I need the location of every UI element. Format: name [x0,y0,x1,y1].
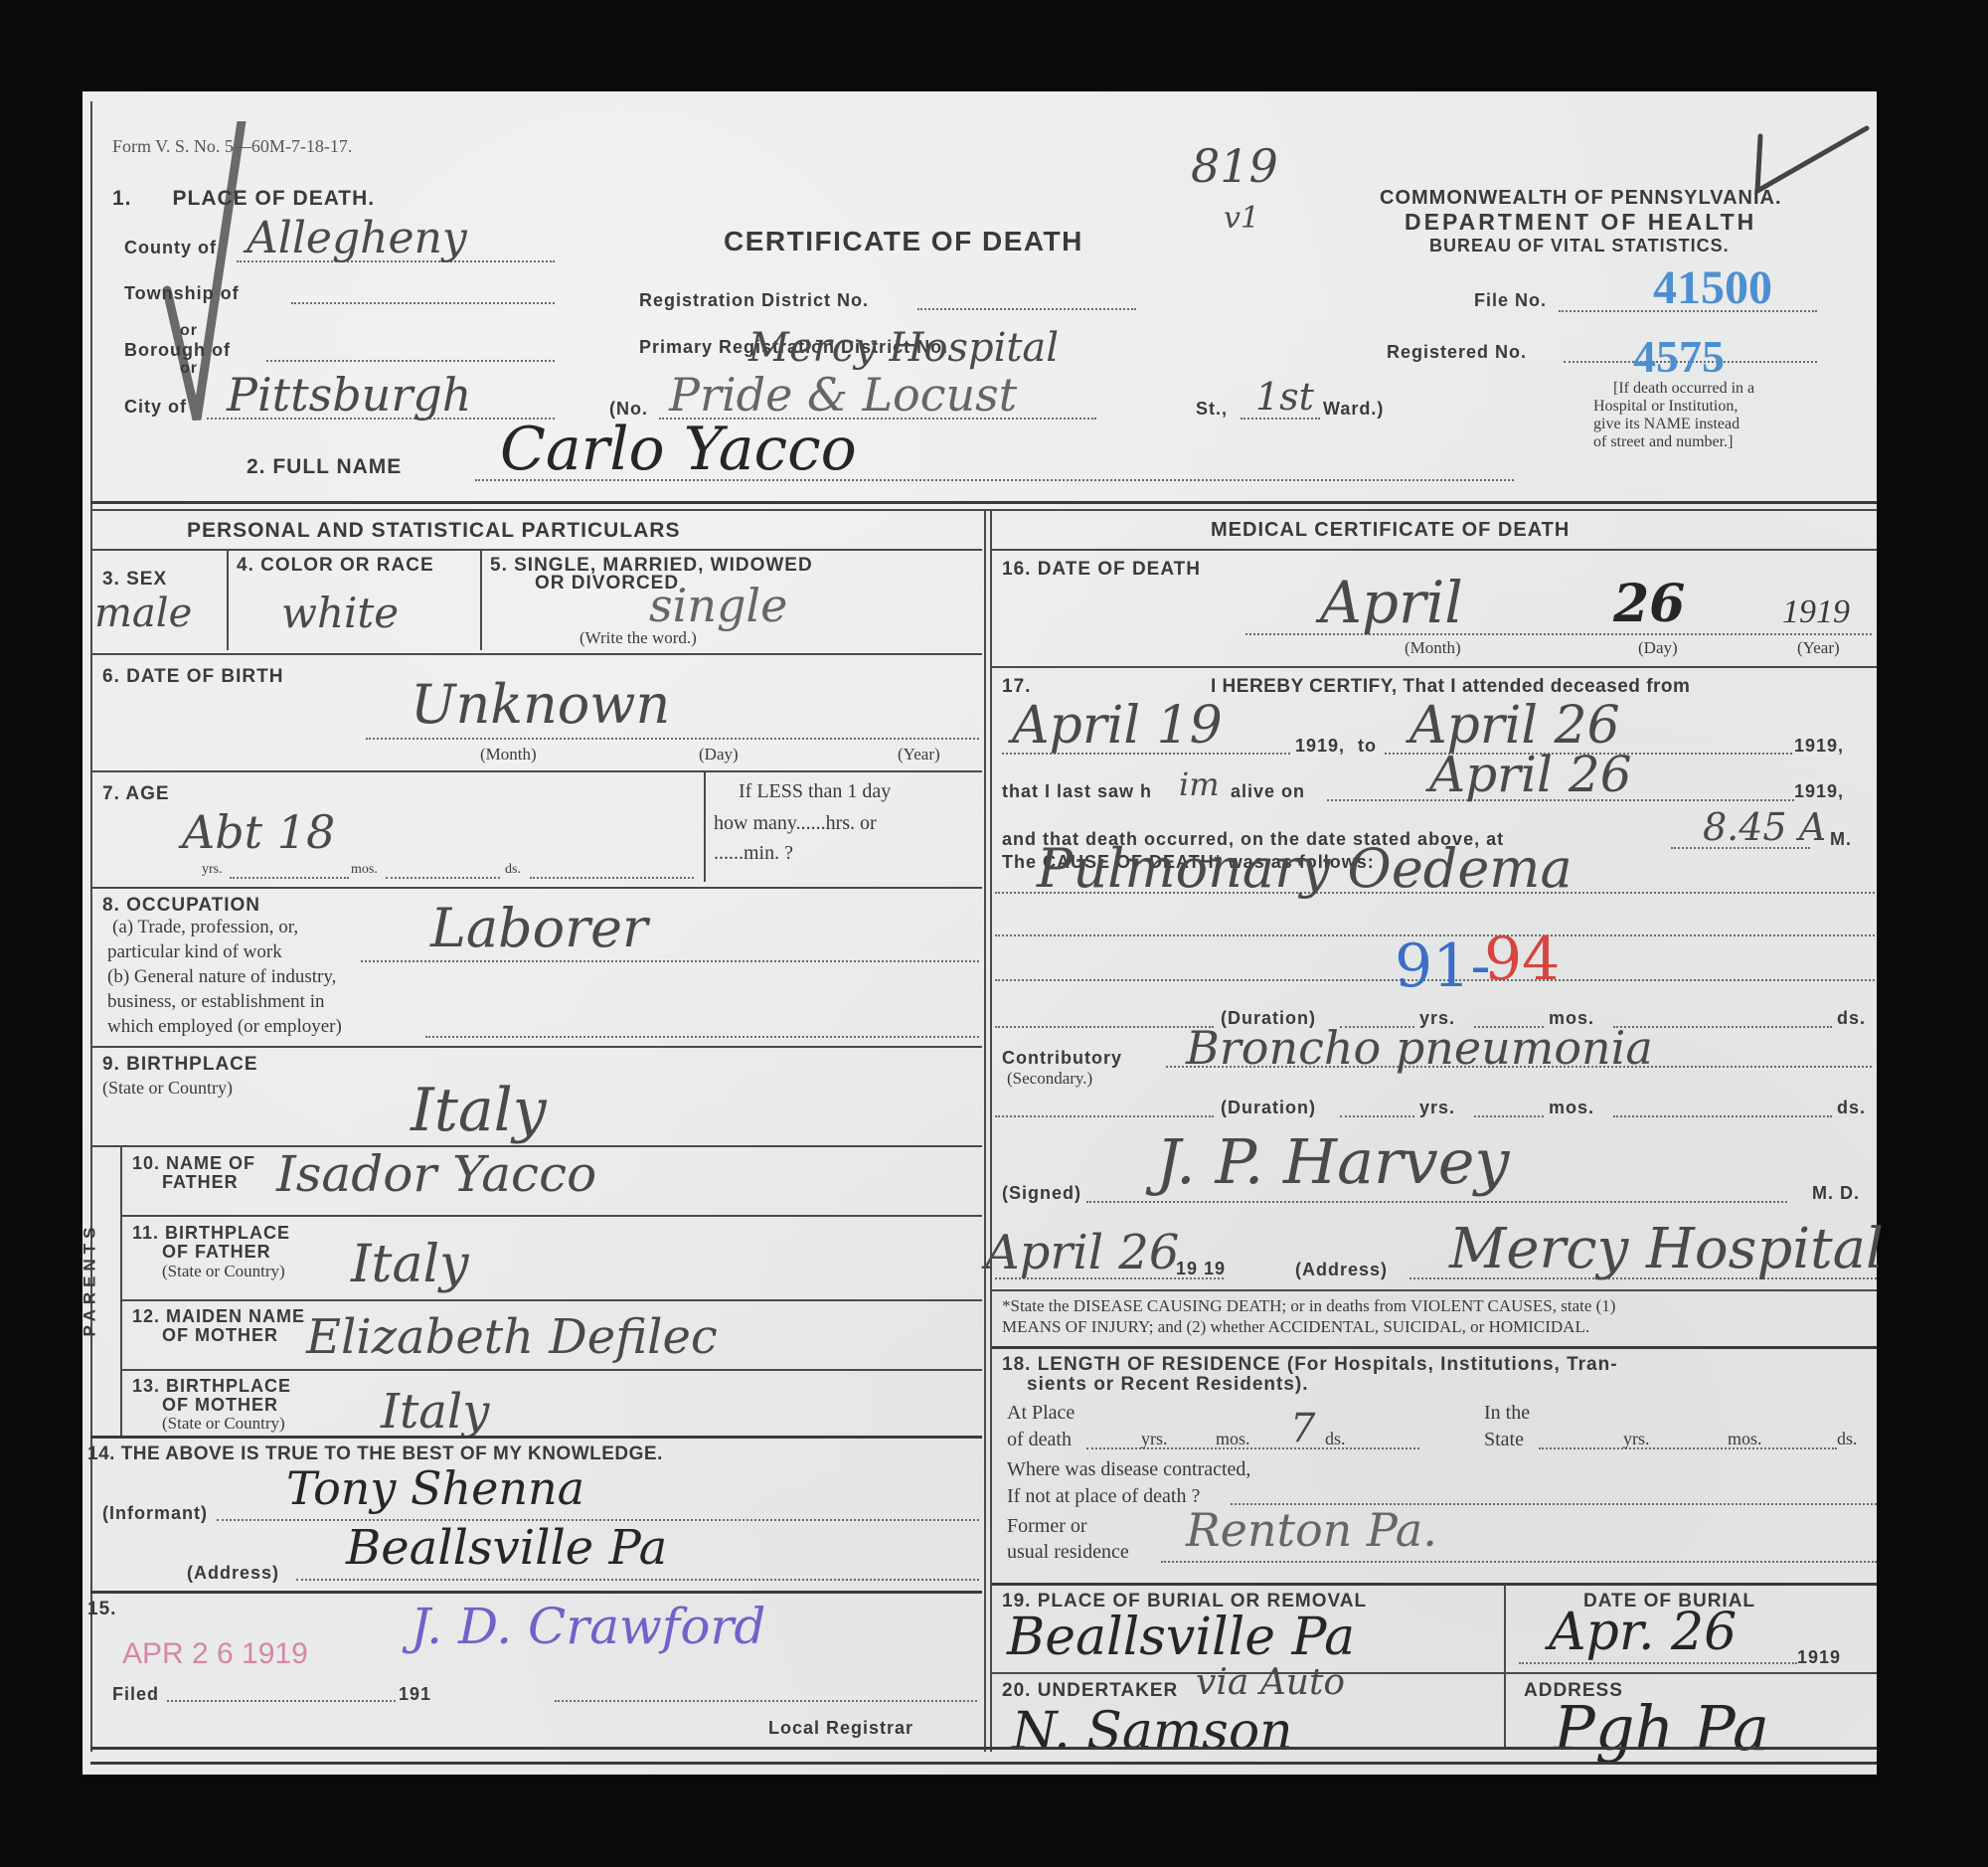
divider [227,551,229,650]
borough-line [266,360,555,362]
cause-code-blue: 91- [1395,932,1491,1001]
institution-value[interactable]: Mercy Hospital [748,325,1059,371]
birthplace-hint: (State or Country) [102,1078,233,1099]
registrar-signature: J. D. Crawford [411,1598,765,1655]
duration-ds: ds. [1837,1008,1866,1029]
duration2-yrs-line [1340,1115,1414,1117]
undertaker-label: 20. UNDERTAKER [1002,1680,1178,1702]
mother-label-2: OF MOTHER [162,1325,278,1346]
race-label: 4. COLOR OR RACE [237,555,434,577]
divider [90,770,982,772]
divider [90,549,982,551]
informant-label: (Informant) [102,1503,208,1524]
at-place-ds: ds. [1325,1429,1346,1449]
certify-text: I HEREBY CERTIFY, That I attended deceas… [1211,676,1690,698]
dod-day[interactable]: 26 [1613,574,1685,634]
informant-address-label: (Address) [187,1563,279,1584]
divider [992,1289,1877,1291]
or-1: or [180,322,198,340]
dob-label: 6. DATE OF BIRTH [102,666,283,688]
less-than-day-2: how many......hrs. or [714,812,877,835]
contracted-label-2: If not at place of death ? [1007,1485,1200,1508]
filed-line [167,1700,396,1702]
duration2-ds-line [1613,1115,1832,1117]
less-than-day-1: If LESS than 1 day [739,780,891,803]
father-label-1: 10. NAME OF [132,1153,255,1174]
residence-label-2: sients or Recent Residents). [1027,1374,1309,1396]
occupation-a-line [361,960,979,962]
at-place-label-1: At Place [1007,1402,1075,1425]
last-saw-year: 1919, [1794,781,1844,802]
hospital-note-1: [If death occurred in a [1613,380,1754,398]
burial-place-value[interactable]: Beallsville Pa [1007,1608,1355,1667]
occupation-a-1: (a) Trade, profession, or, [112,917,298,938]
mother-label-1: 12. MAIDEN NAME [132,1306,305,1327]
occupation-b-2: business, or establishment in [107,991,324,1013]
divider [90,887,982,889]
contributory-label: Contributory [1002,1048,1122,1069]
dod-month-hint: (Month) [1405,638,1461,658]
borough-label: Borough of [124,340,231,361]
issuer-bureau: BUREAU OF VITAL STATISTICS. [1429,236,1730,256]
in-state-yrs: yrs. [1623,1429,1650,1449]
sex-value[interactable]: male [94,591,192,636]
occupation-a-2: particular kind of work [107,941,282,963]
age-mos-label: mos. [351,862,378,878]
last-saw-date[interactable]: April 26 [1429,746,1632,803]
full-name-label: 2. FULL NAME [247,455,402,479]
divider [992,1346,1877,1349]
divider [992,1672,1877,1674]
sex-label: 3. SEX [102,569,167,591]
age-yrs-line [230,877,349,879]
age-mos-line [386,877,500,879]
form-number: Form V. S. No. 5—60M-7-18-17. [112,136,352,157]
at-place-mos: mos. [1216,1429,1250,1449]
signed-value[interactable]: J. P. Harvey [1156,1125,1509,1198]
dod-year-hint: (Year) [1797,638,1840,658]
county-label: County of [124,238,217,258]
father-birthplace-label-2: OF FATHER [162,1242,271,1263]
registered-no-value: 4575 [1633,330,1725,383]
registrar-label: Local Registrar [768,1718,913,1739]
age-yrs-label: yrs. [202,862,223,878]
duration2-mos: mos. [1549,1098,1594,1118]
city-value[interactable]: Pittsburgh [227,368,471,422]
mother-birthplace-label-2: OF MOTHER [162,1395,278,1416]
dob-year-hint: (Year) [898,745,940,764]
full-name-value[interactable]: Carlo Yacco [500,415,857,484]
divider [122,1369,982,1371]
death-time-suffix: M. [1830,829,1852,850]
divider [122,1299,982,1301]
father-label-2: FATHER [162,1172,239,1193]
secondary-label: (Secondary.) [1007,1069,1092,1089]
duration2-yrs: yrs. [1419,1098,1455,1118]
signed-date[interactable]: April 26 [985,1225,1179,1280]
signed-line [1086,1201,1787,1203]
cause-value[interactable]: Pulmonary Oedema [1037,837,1573,900]
md-label: M. D. [1812,1183,1860,1204]
age-label: 7. AGE [102,783,170,805]
less-than-day-3: ......min. ? [714,842,793,865]
occupation-label: 8. OCCUPATION [102,895,260,917]
hospital-note-4: of street and number.] [1593,433,1733,451]
registrar-line [555,1700,977,1702]
duration-line [995,1026,1214,1028]
divider [90,1762,1877,1765]
to-label: to [1358,736,1377,757]
father-birthplace-label-3: (State or Country) [162,1262,285,1281]
annotation-v1: v1 [1224,201,1259,236]
residence-label: 18. LENGTH OF RESIDENCE (For Hospitals, … [1002,1354,1618,1376]
in-state-label-1: In the [1484,1402,1530,1425]
age-ds-line [530,877,694,879]
township-line [291,302,555,304]
divider [992,666,1877,668]
column-divider [984,509,986,1752]
dod-label: 16. DATE OF DEATH [1002,559,1201,581]
hospital-note-2: Hospital or Institution, [1593,398,1738,416]
race-value[interactable]: white [281,589,399,637]
cause-code-red: 94 [1484,925,1560,994]
attended-from[interactable]: April 19 [1012,696,1223,756]
divider [1504,1585,1506,1749]
divider [90,1591,982,1594]
filed-year-prefix: 191 [399,1684,431,1705]
occupation-b-1: (b) General nature of industry, [107,966,336,988]
age-ds-label: ds. [505,862,521,878]
in-state-label-2: State [1484,1429,1524,1451]
alive-on-label: alive on [1231,781,1305,802]
occupation-value[interactable]: Laborer [430,897,648,959]
former-label-2: usual residence [1007,1541,1129,1564]
duration2-line [995,1115,1214,1117]
county-value[interactable]: Allegheny [247,213,467,263]
file-no-label: File No. [1474,290,1547,311]
former-residence-value[interactable]: Renton Pa. [1186,1503,1437,1557]
personal-section-title: PERSONAL AND STATISTICAL PARTICULARS [187,519,680,543]
duration2-mos-line [1474,1115,1544,1117]
in-state-line [1539,1447,1837,1449]
contributory-value[interactable]: Broncho pneumonia [1186,1021,1653,1075]
occupation-b-3: which employed (or employer) [107,1016,342,1038]
column-divider [990,509,992,1752]
address-value[interactable]: Mercy Hospital [1449,1217,1884,1281]
divider [90,1046,982,1048]
father-value[interactable]: Isador Yacco [276,1145,596,1203]
registration-district-line [917,308,1136,310]
dob-day-hint: (Day) [699,745,739,764]
ward-label: Ward.) [1323,399,1384,420]
issuer-commonwealth: COMMONWEALTH OF PENNSYLVANIA. [1380,187,1782,210]
at-place-label-2: of death [1007,1429,1072,1451]
occupation-b-line [425,1036,979,1038]
former-label-1: Former or [1007,1515,1087,1538]
former-line [1161,1561,1877,1563]
dob-line [366,738,979,740]
mother-birthplace-label-1: 13. BIRTHPLACE [132,1376,291,1397]
informant-address-value[interactable]: Beallsville Pa [346,1520,667,1576]
marital-hint: (Write the word.) [580,628,697,648]
undertaker-note: via Auto [1196,1662,1345,1703]
divider [992,1583,1877,1586]
marital-value[interactable]: single [649,579,787,632]
burial-date-line [1519,1662,1797,1664]
filed-label: Filed [112,1684,159,1705]
city-label: City of [124,397,187,418]
undertaker-address-value[interactable]: Pgh Pa [1554,1692,1769,1765]
dob-value[interactable]: Unknown [411,673,670,736]
registered-no-label: Registered No. [1387,342,1527,363]
divider [90,653,982,655]
death-time[interactable]: 8.45 A [1703,805,1826,849]
at-place-line [1086,1447,1419,1449]
st-label: St., [1196,399,1228,420]
informant-address-line [296,1579,979,1581]
birthplace-label: 9. BIRTHPLACE [102,1054,258,1076]
dod-year[interactable]: 1919 [1782,594,1850,631]
in-state-ds: ds. [1837,1429,1858,1449]
birthplace-value[interactable]: Italy [411,1076,547,1145]
father-birthplace-value[interactable]: Italy [351,1235,468,1294]
issuer-department: DEPARTMENT OF HEALTH [1405,209,1756,236]
divider [992,549,1877,551]
in-state-mos: mos. [1728,1429,1762,1449]
attended-from-year: 1919, [1295,736,1345,757]
divider [480,551,482,650]
left-border [90,101,92,1752]
signed-label: (Signed) [1002,1183,1081,1204]
burial-year: 1919 [1797,1647,1841,1668]
place-of-death-heading: 1. PLACE OF DEATH. [112,187,375,211]
last-saw-label: that I last saw h [1002,781,1152,802]
divider [90,1436,982,1439]
informant-value[interactable]: Tony Shenna [286,1461,584,1515]
hospital-note-3: give its NAME instead [1593,416,1739,433]
certificate-title: CERTIFICATE OF DEATH [724,226,1083,257]
dod-month[interactable]: April [1320,569,1463,636]
dod-day-hint: (Day) [1638,638,1678,658]
dob-month-hint: (Month) [480,745,537,764]
divider [120,1147,122,1436]
duration2-ds: ds. [1837,1098,1866,1118]
medical-section-title: MEDICAL CERTIFICATE OF DEATH [1211,519,1570,542]
ward-value[interactable]: 1st [1255,375,1314,419]
township-label: Township of [124,283,240,304]
address-label: (Address) [1295,1260,1388,1280]
divider [122,1215,982,1217]
street-value[interactable]: Pride & Locust [669,368,1017,422]
divider [90,1747,1877,1750]
file-no-value: 41500 [1653,260,1772,315]
mother-birthplace-value[interactable]: Italy [381,1384,489,1440]
registration-district-label: Registration District No. [639,290,869,311]
divider [704,772,706,882]
death-certificate: Form V. S. No. 5—60M-7-18-17. 1. PLACE O… [83,91,1877,1775]
signed-year: 19 19 [1176,1259,1226,1279]
footnote-2: MEANS OF INJURY; and (2) whether ACCIDEN… [1002,1317,1589,1337]
undertaker-value[interactable]: N. Samson [1012,1702,1293,1762]
filed-date-stamp: APR 2 6 1919 [122,1637,308,1671]
burial-date-value[interactable]: Apr. 26 [1549,1603,1737,1662]
at-place-yrs: yrs. [1141,1429,1168,1449]
duration2-label: (Duration) [1221,1098,1316,1118]
parents-label: PARENTS [80,1223,99,1337]
mother-value[interactable]: Elizabeth Defilec [306,1309,718,1365]
at-place-days-value[interactable]: 7 [1290,1406,1315,1451]
divider [90,501,1877,504]
father-birthplace-label-1: 11. BIRTHPLACE [132,1223,290,1244]
age-value[interactable]: Abt 18 [182,805,335,859]
or-2: or [180,360,198,378]
footnote-1: *State the DISEASE CAUSING DEATH; or in … [1002,1296,1615,1316]
annotation-819: 819 [1191,139,1278,193]
filed-section-number: 15. [87,1599,116,1620]
certify-number: 17. [1002,676,1031,698]
last-saw-pronoun[interactable]: im [1179,765,1220,803]
contracted-label-1: Where was disease contracted, [1007,1458,1250,1481]
mother-birthplace-label-3: (State or Country) [162,1414,285,1434]
attended-to-year: 1919, [1794,736,1844,757]
